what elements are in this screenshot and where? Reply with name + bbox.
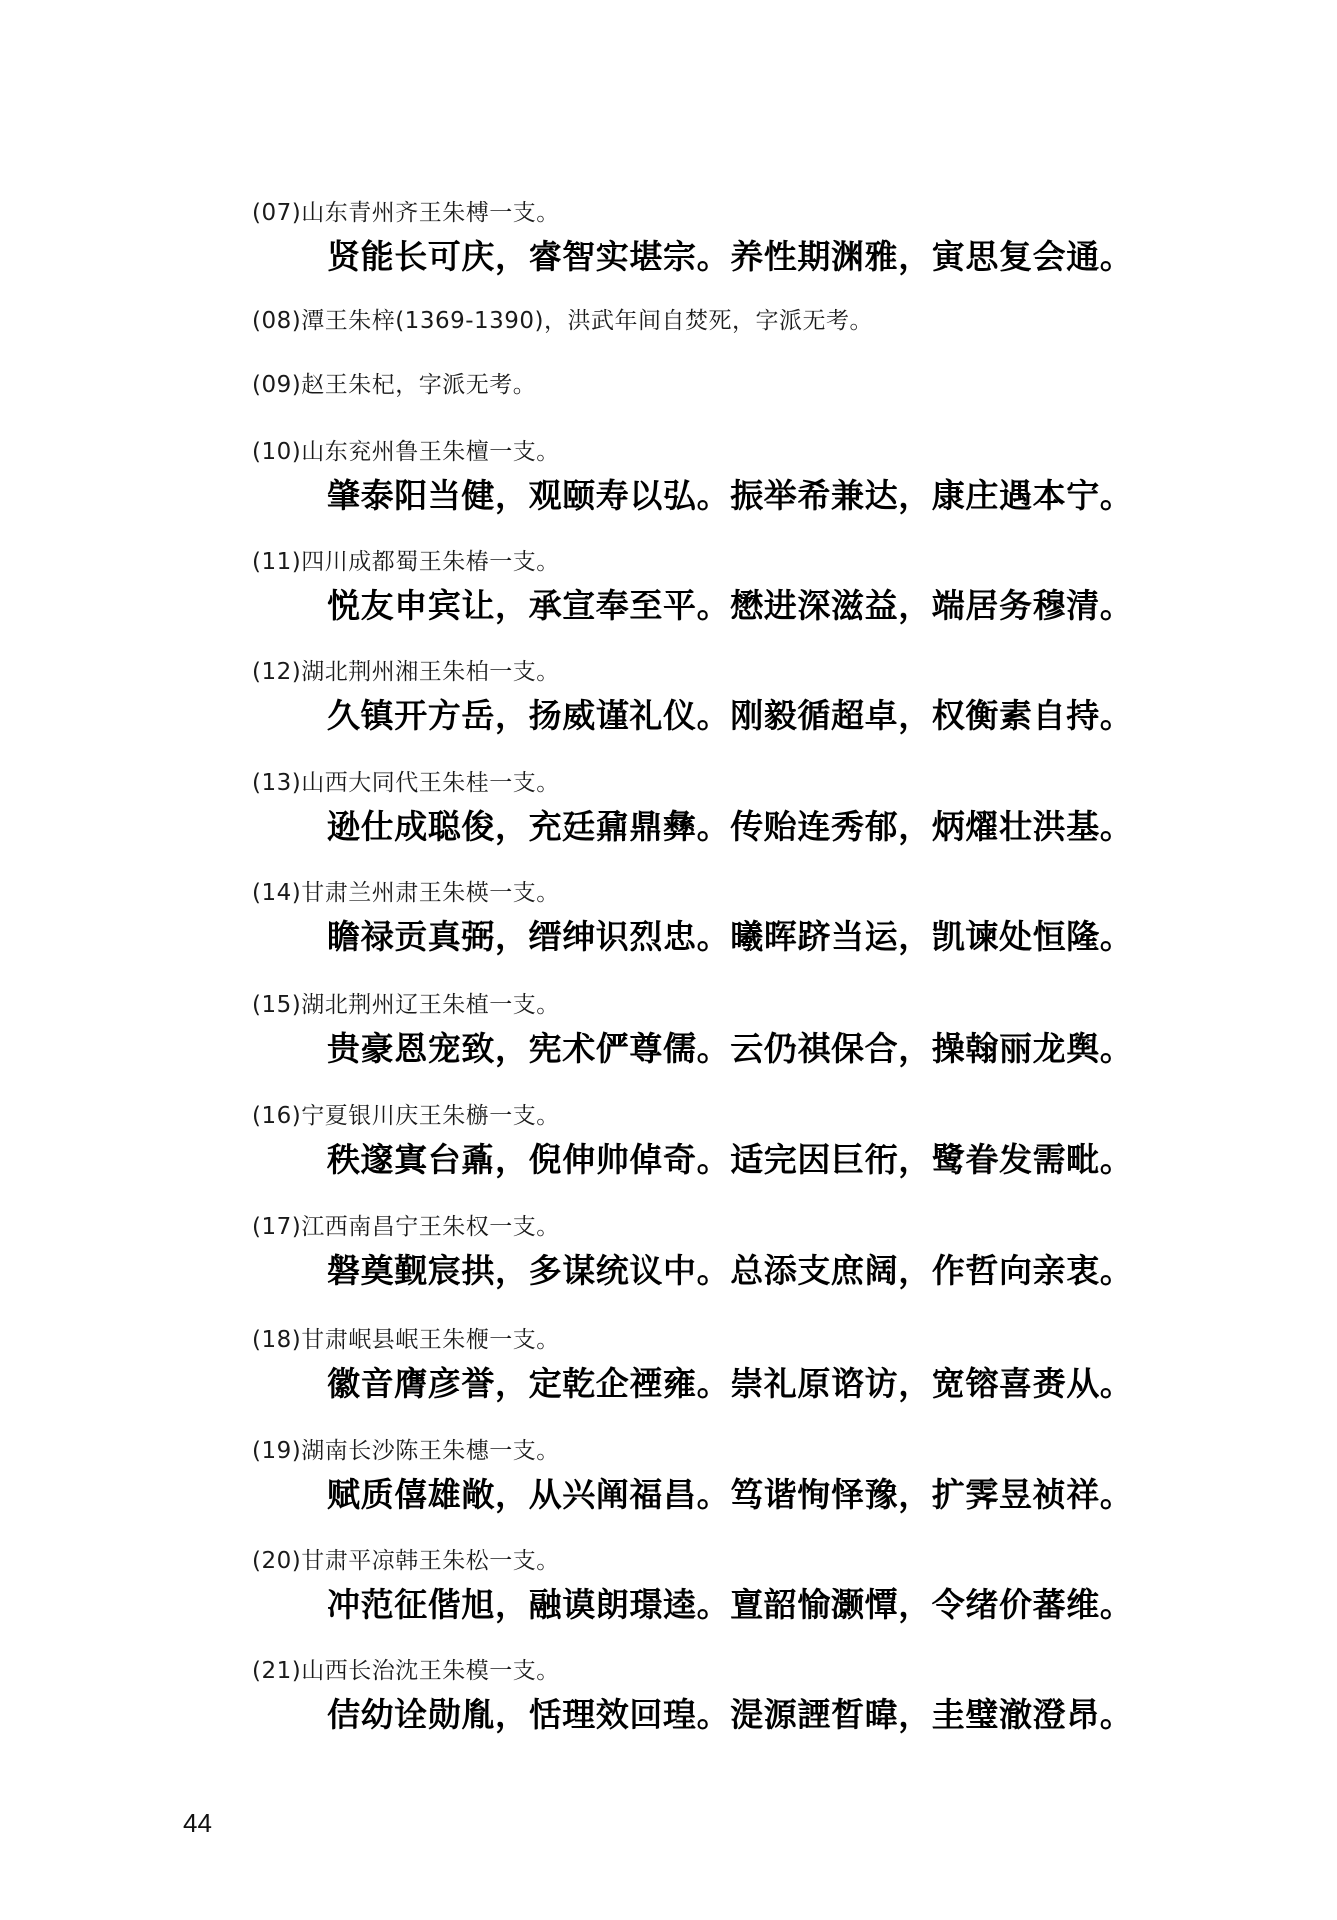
entry-heading: (15)湖北荆州辽王朱植一支。 <box>252 990 1212 1020</box>
entry-heading: (19)湖南长沙陈王朱橞一支。 <box>252 1436 1212 1466</box>
entry-11: (11)四川成都蜀王朱椿一支。 悦友申宾让，承宣奉至平。懋进深滋益，端居务穆清。 <box>252 547 1212 627</box>
entry-16: (16)宁夏银川庆王朱㮵一支。 秩邃寘台鼒，倪伸帅倬奇。适完因巨衎，鹭眷发需毗。 <box>252 1101 1212 1181</box>
entry-verse: 徽音膺彦誉，定乾企禋雍。崇礼原谘访，宽镕喜赉从。 <box>327 1363 1212 1405</box>
entry-heading: (12)湖北荆州湘王朱柏一支。 <box>252 657 1212 687</box>
entry-verse: 肇泰阳当健，观颐寿以弘。振举希兼达，康庄遇本宁。 <box>327 475 1212 517</box>
entry-21: (21)山西长治沈王朱模一支。 佶幼诠勋胤，恬理效回瑝。湜源諲晳暐，圭璧澈澄昂。 <box>252 1656 1212 1736</box>
entry-verse: 秩邃寘台鼒，倪伸帅倬奇。适完因巨衎，鹭眷发需毗。 <box>327 1139 1212 1181</box>
entry-verse: 赋质僖雄敞，从兴阐福昌。笃谐恂怿豫，扩霁昱祯祥。 <box>327 1474 1212 1516</box>
entry-09: (09)赵王朱杞，字派无考。 <box>252 370 1212 400</box>
entry-10: (10)山东兖州鲁王朱檀一支。 肇泰阳当健，观颐寿以弘。振举希兼达，康庄遇本宁。 <box>252 437 1212 517</box>
entry-12: (12)湖北荆州湘王朱柏一支。 久镇开方岳，扬威谨礼仪。刚毅循超卓，权衡素自持。 <box>252 657 1212 737</box>
entry-heading: (13)山西大同代王朱桂一支。 <box>252 768 1212 798</box>
entry-verse: 悦友申宾让，承宣奉至平。懋进深滋益，端居务穆清。 <box>327 585 1212 627</box>
entry-heading: (09)赵王朱杞，字派无考。 <box>252 370 1212 400</box>
entry-verse: 佶幼诠勋胤，恬理效回瑝。湜源諲晳暐，圭璧澈澄昂。 <box>327 1694 1212 1736</box>
entry-heading: (11)四川成都蜀王朱椿一支。 <box>252 547 1212 577</box>
entry-heading: (14)甘肃兰州肃王朱楧一支。 <box>252 878 1212 908</box>
entry-heading: (17)江西南昌宁王朱权一支。 <box>252 1212 1212 1242</box>
entry-heading: (20)甘肃平凉韩王朱松一支。 <box>252 1546 1212 1576</box>
entry-19: (19)湖南长沙陈王朱橞一支。 赋质僖雄敞，从兴阐福昌。笃谐恂怿豫，扩霁昱祯祥。 <box>252 1436 1212 1516</box>
entry-15: (15)湖北荆州辽王朱植一支。 贵豪恩宠致，宪术俨尊儒。云仍祺保合，操翰丽龙舆。 <box>252 990 1212 1070</box>
document-page: (07)山东青州齐王朱榑一支。 贤能长可庆，睿智实堪宗。养性期渊雅，寅思复会通。… <box>0 0 1337 1920</box>
entry-verse: 冲范征偕旭，融谟朗璟逵。亶韶愉灏憛，令绪价蕃维。 <box>327 1584 1212 1626</box>
entry-20: (20)甘肃平凉韩王朱松一支。 冲范征偕旭，融谟朗璟逵。亶韶愉灏憛，令绪价蕃维。 <box>252 1546 1212 1626</box>
entry-verse: 逊仕成聪俊，充廷鼐鼎彝。传贻连秀郁，炳燿壮洪基。 <box>327 806 1212 848</box>
entry-07: (07)山东青州齐王朱榑一支。 贤能长可庆，睿智实堪宗。养性期渊雅，寅思复会通。 <box>252 198 1212 278</box>
entry-heading: (18)甘肃岷县岷王朱楩一支。 <box>252 1325 1212 1355</box>
entry-08: (08)潭王朱梓(1369-1390)，洪武年间自焚死，字派无考。 <box>252 306 1212 336</box>
entry-verse: 瞻禄贡真弼，缙绅识烈忠。曦晖跻当运，凯谏处恒隆。 <box>327 916 1212 958</box>
entry-14: (14)甘肃兰州肃王朱楧一支。 瞻禄贡真弼，缙绅识烈忠。曦晖跻当运，凯谏处恒隆。 <box>252 878 1212 958</box>
entry-18: (18)甘肃岷县岷王朱楩一支。 徽音膺彦誉，定乾企禋雍。崇礼原谘访，宽镕喜赉从。 <box>252 1325 1212 1405</box>
entry-17: (17)江西南昌宁王朱权一支。 磐奠觐宸拱，多谋统议中。总添支庶阔，作哲向亲衷。 <box>252 1212 1212 1292</box>
entry-verse: 贵豪恩宠致，宪术俨尊儒。云仍祺保合，操翰丽龙舆。 <box>327 1028 1212 1070</box>
entry-verse: 贤能长可庆，睿智实堪宗。养性期渊雅，寅思复会通。 <box>327 236 1212 278</box>
page-number: 44 <box>183 1808 212 1838</box>
entry-heading: (07)山东青州齐王朱榑一支。 <box>252 198 1212 228</box>
entry-heading: (10)山东兖州鲁王朱檀一支。 <box>252 437 1212 467</box>
entry-heading: (08)潭王朱梓(1369-1390)，洪武年间自焚死，字派无考。 <box>252 306 1212 336</box>
entry-heading: (21)山西长治沈王朱模一支。 <box>252 1656 1212 1686</box>
entry-heading: (16)宁夏银川庆王朱㮵一支。 <box>252 1101 1212 1131</box>
entry-verse: 久镇开方岳，扬威谨礼仪。刚毅循超卓，权衡素自持。 <box>327 695 1212 737</box>
entry-13: (13)山西大同代王朱桂一支。 逊仕成聪俊，充廷鼐鼎彝。传贻连秀郁，炳燿壮洪基。 <box>252 768 1212 848</box>
entry-verse: 磐奠觐宸拱，多谋统议中。总添支庶阔，作哲向亲衷。 <box>327 1250 1212 1292</box>
